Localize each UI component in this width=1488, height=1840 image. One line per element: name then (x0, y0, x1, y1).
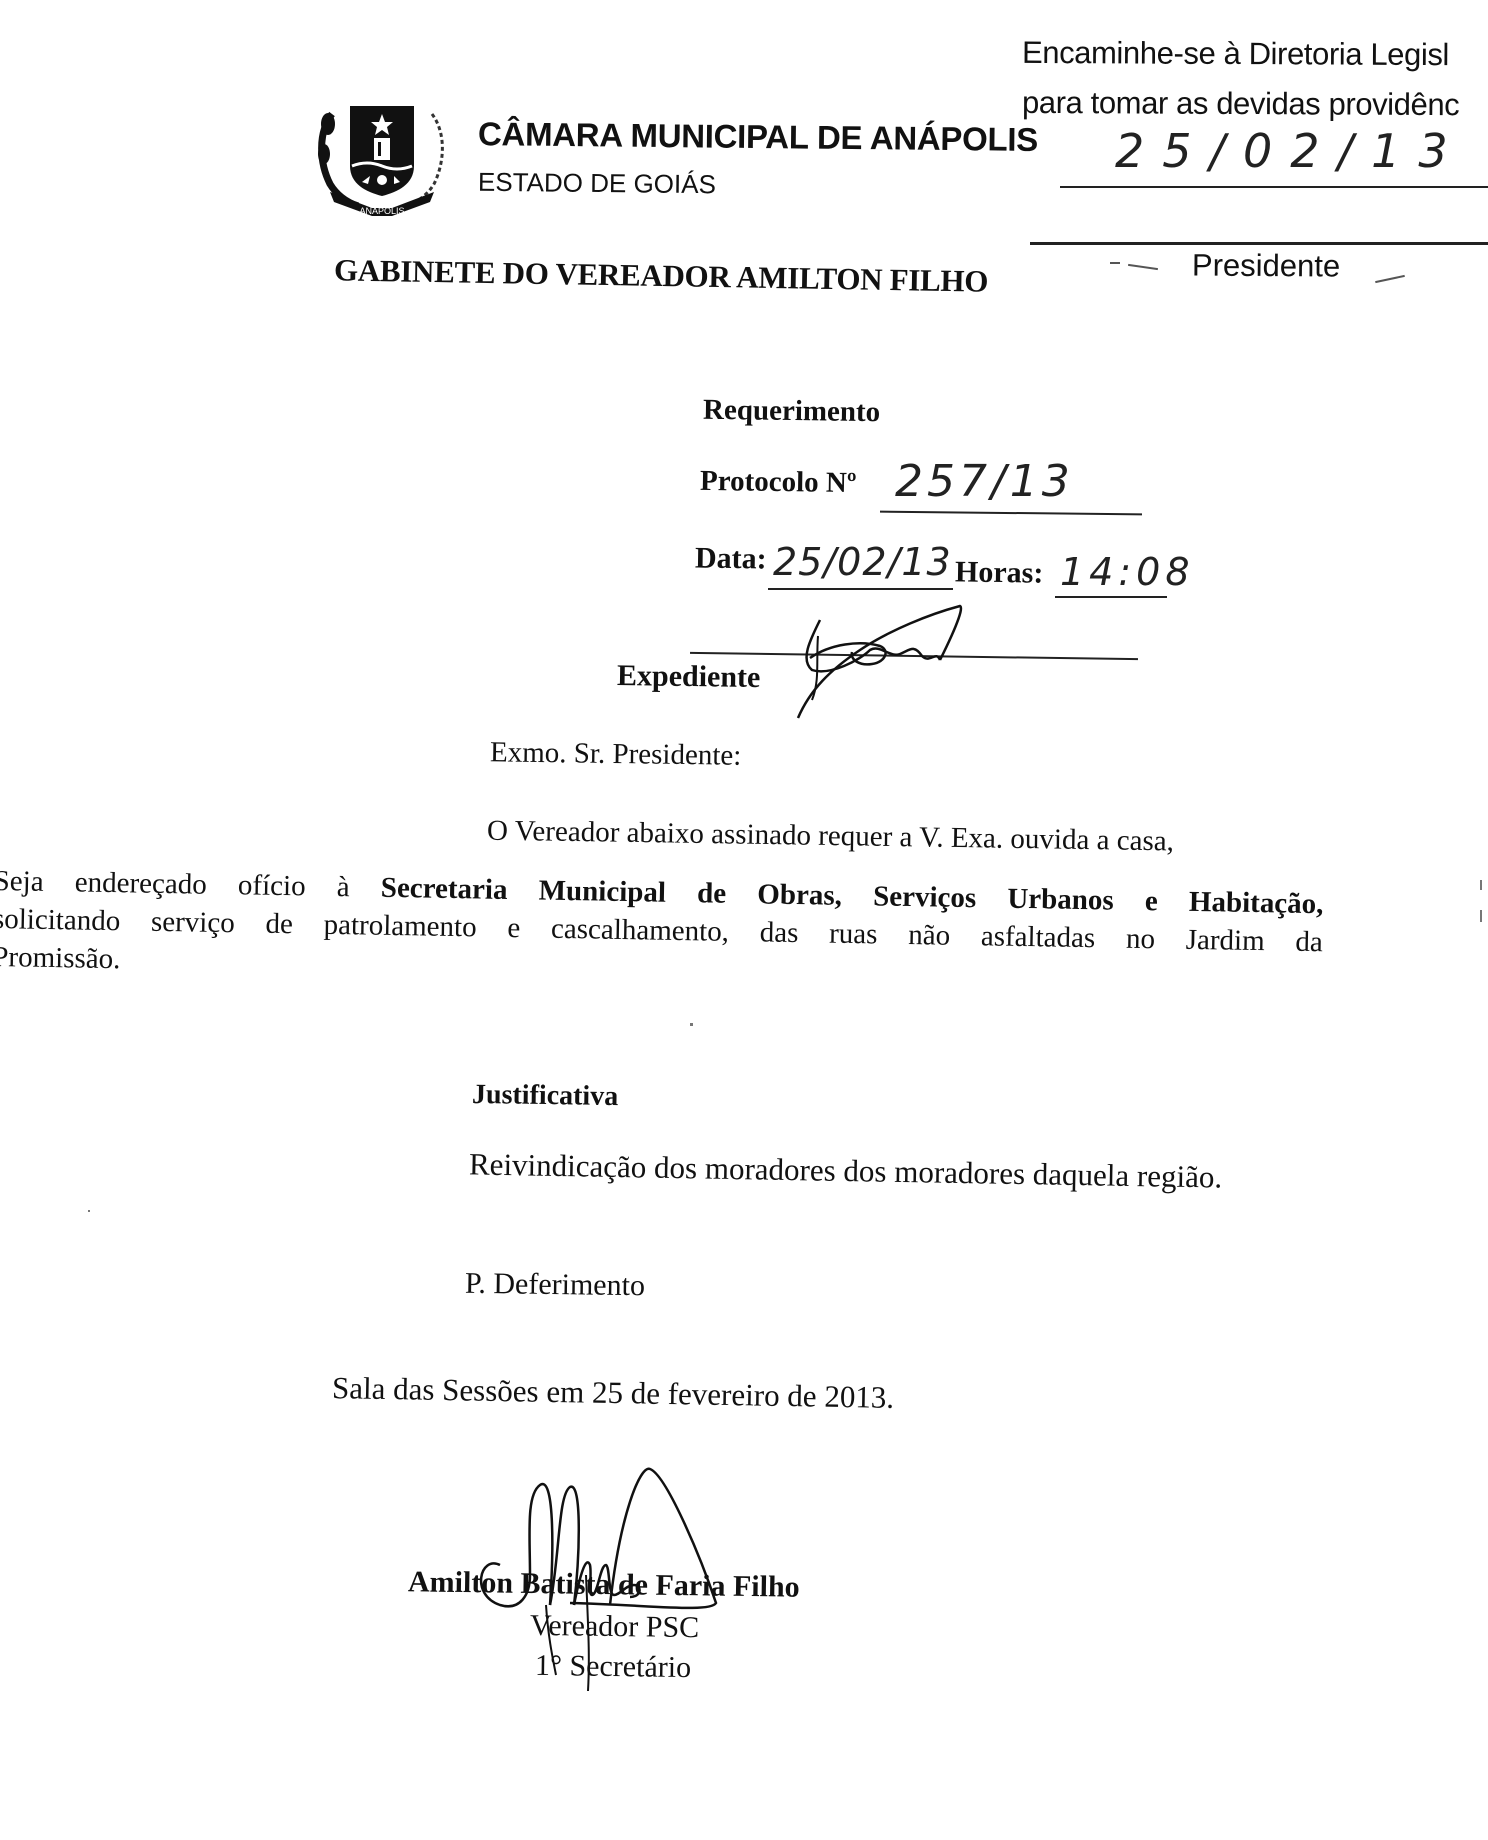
protocol-number-label: Protocolo Nº (700, 465, 857, 500)
signer-signature-icon (470, 1455, 730, 1695)
scan-speck (1480, 880, 1482, 890)
stamp-scribble (1375, 275, 1405, 283)
salutation: Exmo. Sr. Presidente: (490, 736, 742, 773)
organization-name: CÂMARA MUNICIPAL DE ANÁPOLIS (478, 115, 1038, 159)
justification-text: Reivindicação dos moradores dos moradore… (469, 1146, 1223, 1195)
svg-text:ANÁPOLIS: ANÁPOLIS (359, 206, 404, 216)
protocol-number-underline (880, 511, 1142, 516)
document-type-heading: Requerimento (703, 394, 881, 429)
organization-state: ESTADO DE GOIÁS (478, 167, 716, 200)
scan-speck (88, 1210, 90, 1212)
time-underline (1055, 596, 1167, 598)
stamp-scribble (1110, 262, 1120, 264)
scan-speck (690, 1023, 693, 1026)
stamp-handwritten-date: 25/02/13 (1115, 124, 1466, 178)
expediente-label: Expediente (617, 659, 761, 695)
stamp-line-1: Encaminhe-se à Diretoria Legisl (1022, 35, 1449, 73)
expediente-signature-icon (790, 600, 980, 720)
stamp-scribble (1128, 264, 1158, 270)
closing-place-date: Sala das Sessões em 25 de fevereiro de 2… (332, 1370, 895, 1416)
time-value: 14:08 (1060, 550, 1195, 594)
stamp-date-underline (1060, 186, 1488, 188)
stamp-signature-line (1030, 242, 1488, 245)
coat-of-arms-icon: ANÁPOLIS (312, 84, 452, 224)
date-underline (768, 588, 953, 590)
request-paragraph: Seja endereçado ofício à Secretaria Muni… (0, 862, 1324, 999)
date-label: Data: (695, 542, 767, 577)
time-label: Horas: (955, 555, 1044, 590)
justification-heading: Justificativa (472, 1079, 619, 1113)
stamp-line-2: para tomar as devidas providênc (1022, 85, 1460, 123)
deferimento-text: P. Deferimento (465, 1267, 645, 1304)
scan-speck (1480, 910, 1482, 922)
stamp-signature-role: Presidente (1192, 247, 1340, 284)
intro-paragraph: O Vereador abaixo assinado requer a V. E… (487, 815, 1174, 859)
cabinet-title: GABINETE DO VEREADOR AMILTON FILHO (334, 252, 989, 299)
protocol-number-value: 257/13 (895, 456, 1074, 507)
date-value: 25/02/13 (773, 540, 952, 584)
